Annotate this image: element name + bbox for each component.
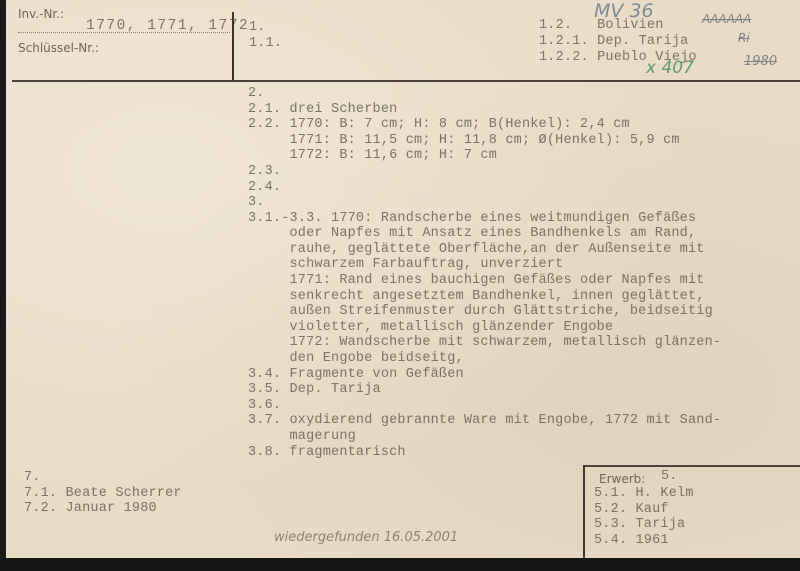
- handwritten-struck-note-2: Ri: [738, 31, 750, 45]
- section-3-line: 3.1.-3.3. 1770: Randscherbe eines weitmu…: [248, 211, 721, 227]
- acquisition-label: Erwerb:: [599, 472, 645, 486]
- acquisition-details: 5.1. H. Kelm 5.2. Kauf 5.3. Tarija 5.4. …: [594, 486, 694, 548]
- acquisition-line: 5.2. Kauf: [594, 502, 694, 518]
- section-2-line: 2.4.: [248, 180, 680, 196]
- handwritten-struck-note-1: AAAAAA: [702, 12, 751, 26]
- inv-nr-value: 1770, 1771, 1772: [86, 19, 249, 35]
- section-2-line: 2.3.: [248, 164, 680, 180]
- scan-border-bottom: [0, 558, 800, 571]
- acquisition-field-5: 5.: [661, 469, 678, 485]
- acquisition-box-left: [583, 465, 585, 558]
- section-3-line: 3.: [248, 195, 721, 211]
- section-3-line: 3.8. fragmentarisch: [248, 445, 721, 461]
- section-3-line: 3.4. Fragmente von Gefäßen: [248, 367, 721, 383]
- section-3-line: oder Napfes mit Ansatz eines Bandhenkels…: [248, 226, 721, 242]
- handwritten-struck-year: 1980: [744, 54, 777, 69]
- section-2-line: 2.2. 1770: B: 7 cm; H: 8 cm; B(Henkel): …: [248, 117, 680, 133]
- schluessel-nr-label: Schlüssel-Nr.:: [18, 41, 99, 55]
- section-3-line: 1771: Rand eines bauchigen Gefäßes oder …: [248, 273, 721, 289]
- section-7-line: 7.: [24, 470, 182, 486]
- section-3-line: 3.6.: [248, 398, 721, 414]
- section-3-line: magerung: [248, 429, 721, 445]
- field-1: 1.: [249, 20, 266, 36]
- header-divider: [232, 12, 234, 80]
- acquisition-box-top: [583, 465, 800, 467]
- section-2-line: 1771: B: 11,5 cm; H: 11,8 cm; Ø(Henkel):…: [248, 133, 680, 149]
- section-3-description: 3. 3.1.-3.3. 1770: Randscherbe eines wei…: [248, 195, 721, 460]
- acquisition-line: 5.4. 1961: [594, 533, 694, 549]
- handwritten-x-number: x 407: [646, 58, 694, 78]
- section-2-line: 2.1. drei Scherben: [248, 102, 680, 118]
- section-7-line: 7.1. Beate Scherrer: [24, 486, 182, 502]
- field-1-1: 1.1.: [249, 36, 282, 52]
- section-3-line: den Engobe beidseitg,: [248, 351, 721, 367]
- section-2-line: 2.: [248, 86, 680, 102]
- inv-nr-label: Inv.-Nr.:: [18, 7, 64, 21]
- handwritten-mv-number: MV 36: [594, 0, 654, 22]
- section-7-cataloger: 7. 7.1. Beate Scherrer 7.2. Januar 1980: [24, 470, 182, 517]
- section-3-line: schwarzem Farbauftrag, unverziert: [248, 257, 721, 273]
- handwritten-rediscovered-note: wiedergefunden 16.05.2001: [274, 530, 458, 545]
- field-1-2-1-department: 1.2.1. Dep. Tarija: [539, 34, 688, 50]
- section-7-line: 7.2. Januar 1980: [24, 501, 182, 517]
- section-3-line: violetter, metallisch glänzender Engobe: [248, 320, 721, 336]
- header-rule: [12, 80, 800, 82]
- section-3-line: 3.5. Dep. Tarija: [248, 382, 721, 398]
- section-3-line: rauhe, geglättete Oberfläche,an der Auße…: [248, 242, 721, 258]
- catalog-card: Inv.-Nr.: 1770, 1771, 1772 Schlüssel-Nr.…: [6, 0, 800, 560]
- section-2-line: 1772: B: 11,6 cm; H: 7 cm: [248, 148, 680, 164]
- section-3-line: senkrecht angesetztem Bandhenkel, innen …: [248, 289, 721, 305]
- section-2-dimensions: 2. 2.1. drei Scherben 2.2. 1770: B: 7 cm…: [248, 86, 680, 195]
- section-3-line: 3.7. oxydierend gebrannte Ware mit Engob…: [248, 413, 721, 429]
- acquisition-line: 5.1. H. Kelm: [594, 486, 694, 502]
- section-3-line: außen Streifenmuster durch Glättstriche,…: [248, 304, 721, 320]
- acquisition-line: 5.3. Tarija: [594, 517, 694, 533]
- section-3-line: 1772: Wandscherbe mit schwarzem, metalli…: [248, 335, 721, 351]
